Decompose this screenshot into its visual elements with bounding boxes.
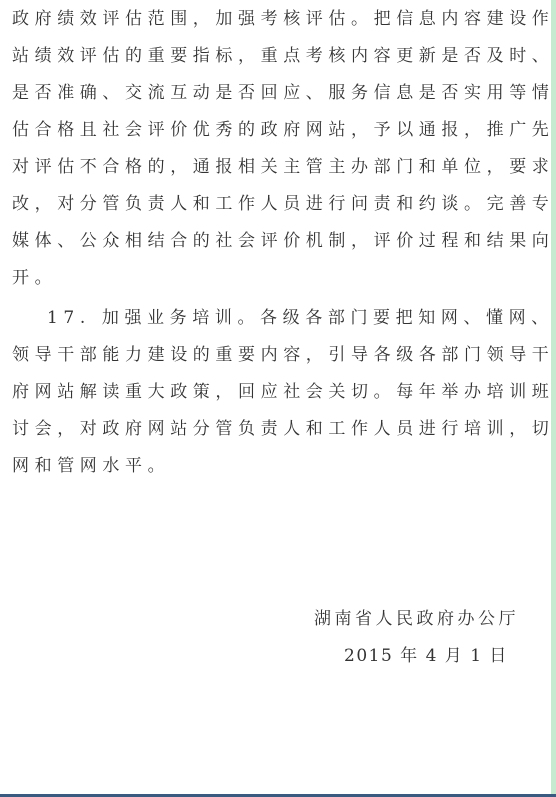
page-edge-strip [551, 0, 556, 794]
paragraph-2-line-1: 17. 加强业务培训。各级各部门要把知网、懂网、用网作为 [47, 307, 556, 329]
paragraph-1-line-3: 是否准确、交流互动是否回应、服务信息是否实用等情况。对评 [12, 82, 556, 104]
document-page: 政府绩效评估范围，加强考核评估。把信息内容建设作为政府网 站绩效评估的重要指标，… [0, 0, 551, 794]
paragraph-2-line-5: 网和管网水平。 [12, 455, 170, 477]
issue-date: 2015 年 4 月 1 日 [344, 645, 508, 667]
paragraph-1-line-8: 开。 [12, 267, 57, 289]
paragraph-2-line-3: 府网站解读重大政策，回应社会关切。每年举办培训班或交流研 [12, 381, 556, 403]
paragraph-1-line-7: 媒体、公众相结合的社会评价机制，评价过程和结果向社会公 [12, 230, 556, 252]
paragraph-1-line-6: 改，对分管负责人和工作人员进行问责和约谈。完善专业机构、 [12, 193, 556, 215]
issuer-signature: 湖南省人民政府办公厅 [314, 608, 519, 630]
paragraph-1-line-4: 估合格且社会评价优秀的政府网站，予以通报，推广先进经验。 [12, 119, 556, 141]
paragraph-1-line-1: 政府绩效评估范围，加强考核评估。把信息内容建设作为政府网 [12, 8, 556, 30]
paragraph-2-line-4: 讨会，对政府网站分管负责人和工作人员进行培训，切实提高办 [12, 418, 556, 440]
paragraph-2-line-2: 领导干部能力建设的重要内容，引导各级各部门领导干部通过政 [12, 344, 556, 366]
paragraph-1-line-5: 对评估不合格的，通报相关主管主办部门和单位，要求限期整 [12, 156, 556, 178]
paragraph-1-line-2: 站绩效评估的重要指标，重点考核内容更新是否及时、信息发布 [12, 45, 556, 67]
